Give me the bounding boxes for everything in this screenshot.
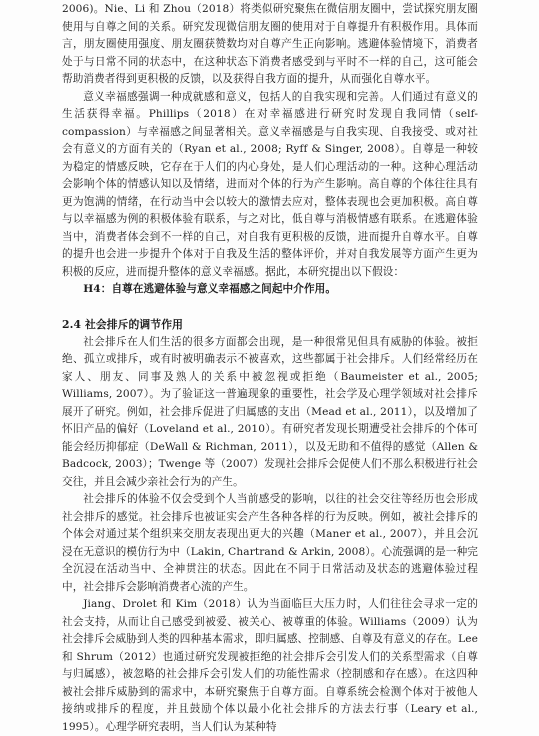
hypothesis-h4: H4：自尊在逃避体验与意义幸福感之间起中介作用。 <box>62 281 478 299</box>
paragraph-meaning-wellbeing: 意义幸福感强调一种成就感和意义，包括人的自我实现和完善。人们通过有意义的生活获得… <box>62 89 478 282</box>
document-page: 2006)。Nie、Li 和 Zhou（2018）将类似研究聚焦在微信朋友圈中，… <box>0 0 539 736</box>
paragraph-continuation-wechat-self-esteem: 2006)。Nie、Li 和 Zhou（2018）将类似研究聚焦在微信朋友圈中，… <box>62 1 478 89</box>
page-text-block: 2006)。Nie、Li 和 Zhou（2018）将类似研究聚焦在微信朋友圈中，… <box>62 1 478 736</box>
section-heading-2-4-social-exclusion: 2.4 社会排斥的调节作用 <box>62 316 478 334</box>
paragraph-exclusion-experience-flow: 社会排斥的体验不仅会受到个人当前感受的影响，以往的社会交往等经历也会形成社会排斥… <box>62 491 478 596</box>
paragraph-social-exclusion-intro: 社会排斥在人们生活的很多方面都会出现，是一种很常见但具有威胁的体验。被拒绝、孤立… <box>62 334 478 492</box>
paragraph-four-basic-needs: Jiang、Drolet 和 Kim（2018）认为当面临巨大压力时，人们往往会… <box>62 596 478 736</box>
